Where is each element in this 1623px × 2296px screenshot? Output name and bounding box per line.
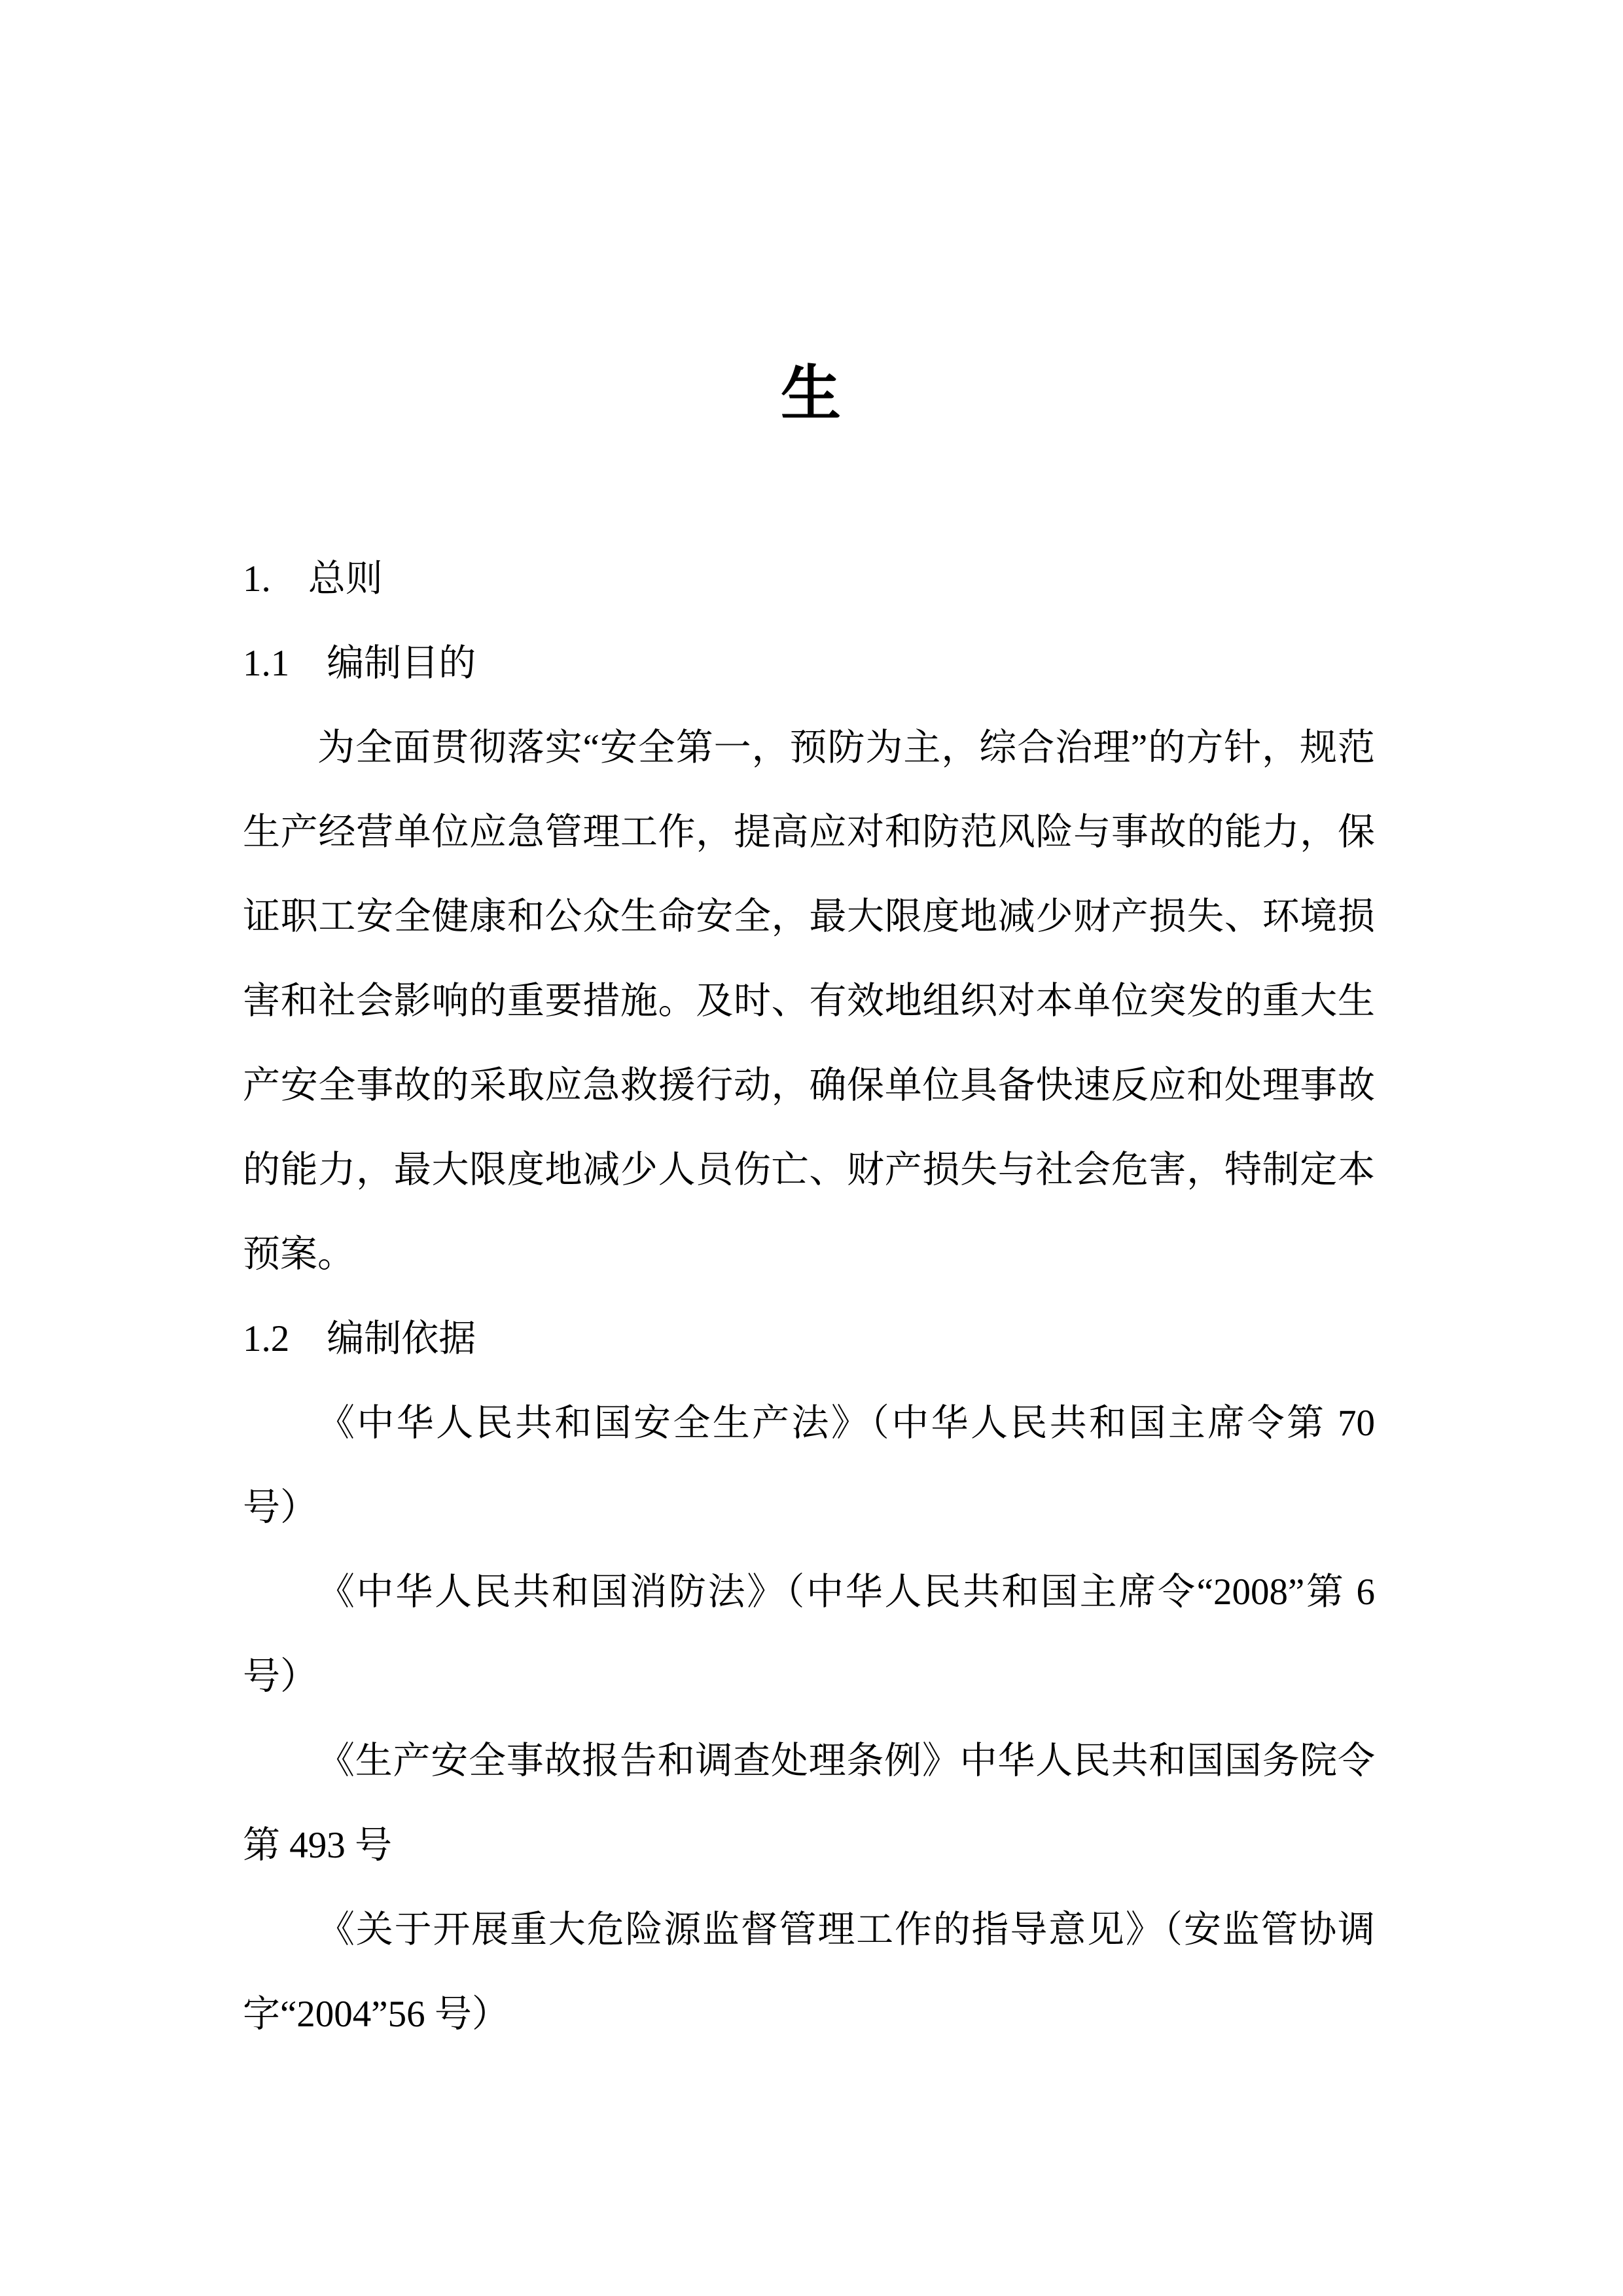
paragraph-compilation-purpose: 为全面贯彻落实“安全第一，预防为主，综合治理”的方针，规范生产经营单位应急管理工… (243, 706, 1375, 1297)
reference-fire-protection-law: 《中华人民共和国消防法》（中华人民共和国主席令“2008”第 6 号） (243, 1550, 1375, 1719)
section-heading-1-2: 1.2 编制依据 (243, 1297, 1375, 1381)
document-page: 生 1. 总则 1.1 编制目的 为全面贯彻落实“安全第一，预防为主，综合治理”… (0, 0, 1623, 2296)
reference-accident-report-regulation: 《生产安全事故报告和调查处理条例》中华人民共和国国务院令第 493 号 (243, 1719, 1375, 1888)
section-heading-1-1: 1.1 编制目的 (243, 621, 1375, 706)
reference-work-safety-law: 《中华人民共和国安全生产法》（中华人民共和国主席令第 70 号） (243, 1381, 1375, 1550)
document-title: 生 (0, 361, 1623, 427)
document-body: 1. 总则 1.1 编制目的 为全面贯彻落实“安全第一，预防为主，综合治理”的方… (243, 537, 1375, 2056)
section-heading-1: 1. 总则 (243, 537, 1375, 621)
reference-major-hazard-guidance: 《关于开展重大危险源监督管理工作的指导意见》（安监管协调字“2004”56 号） (243, 1888, 1375, 2056)
